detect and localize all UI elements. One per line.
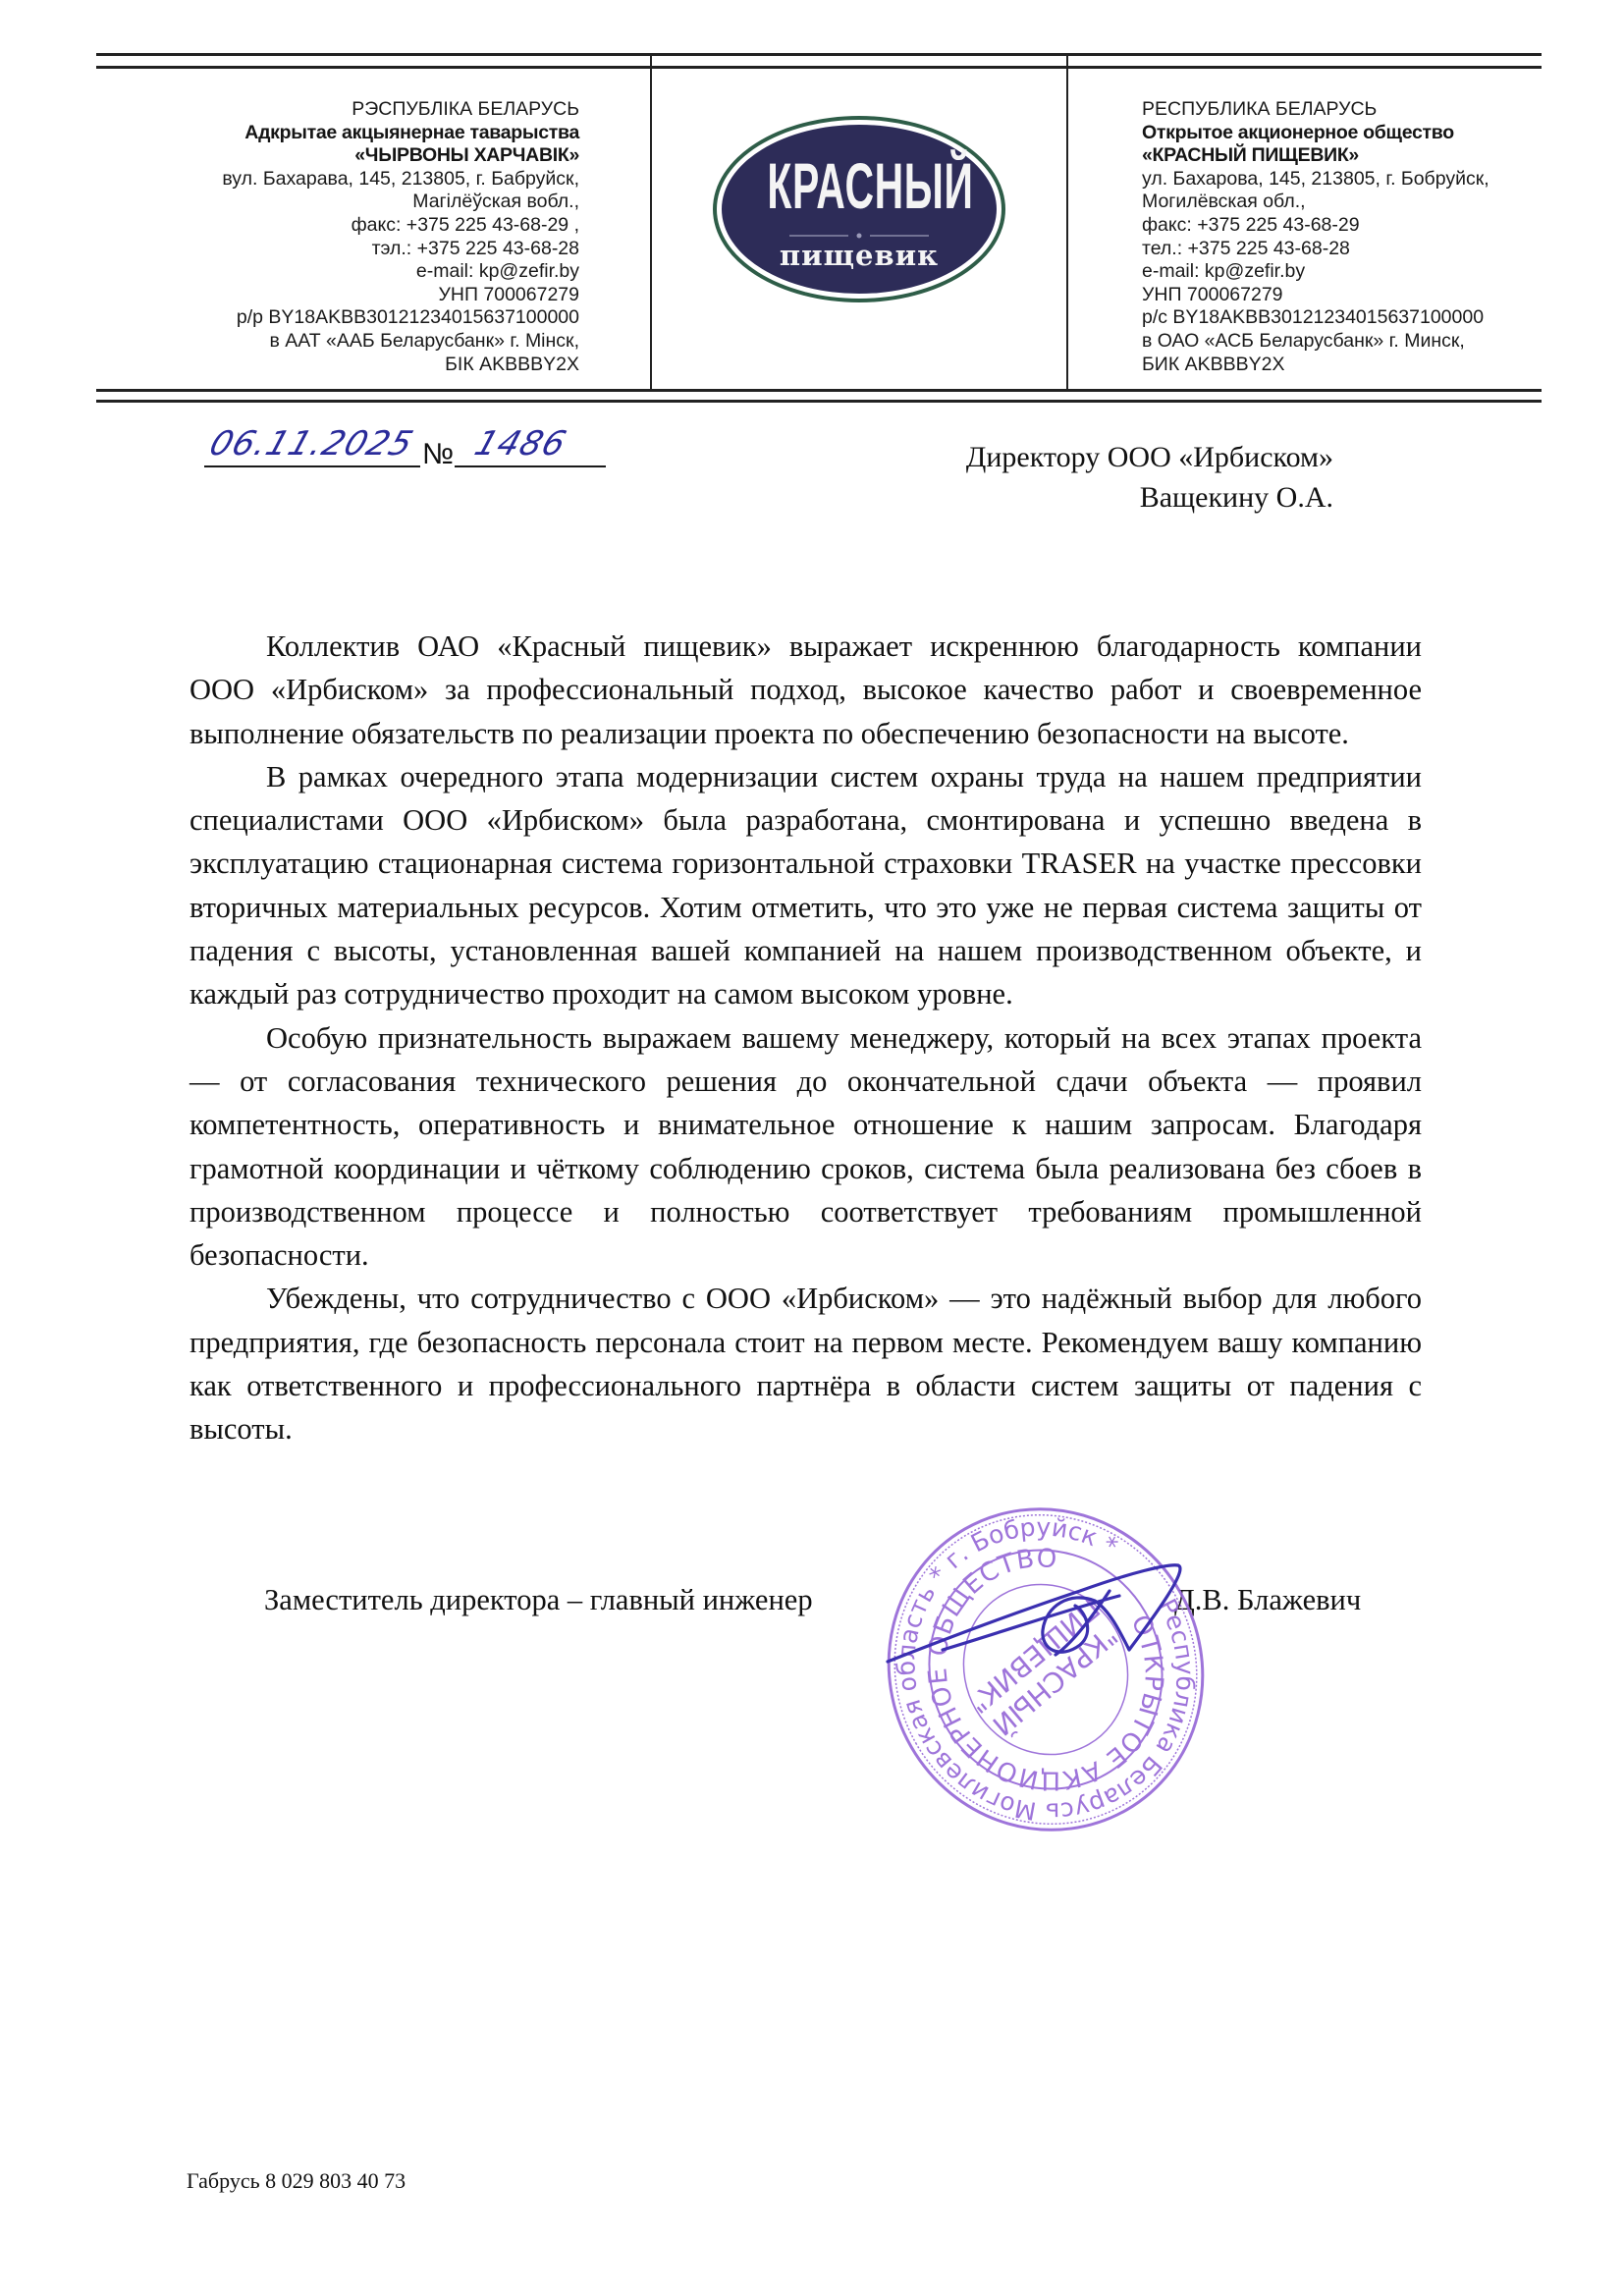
fax-by: факс: +375 225 43-68-29 ,: [147, 214, 579, 238]
phone-by: тэл.: +375 225 43-68-28: [147, 238, 579, 261]
country-ru: РЕСПУБЛИКА БЕЛАРУСЬ: [1142, 98, 1554, 122]
paragraph-4: Убеждены, что сотрудничество с ООО «Ирби…: [189, 1277, 1422, 1450]
account-ru: р/с BY18AKBB30121234015637100000: [1142, 306, 1554, 330]
signatory-title: Заместитель директора – главный инженер: [264, 1583, 813, 1617]
address-line-1-ru: ул. Бахарова, 145, 213805, г. Бобруйск,: [1142, 168, 1554, 191]
header-bottom-rule-2: [96, 400, 1542, 403]
header-bottom-rule-1: [96, 389, 1542, 392]
letterhead-right: РЕСПУБЛИКА БЕЛАРУСЬ Открытое акционерное…: [1142, 98, 1554, 376]
paragraph-3: Особую признательность выражаем вашему м…: [189, 1016, 1422, 1278]
addressee-position: Директору ООО «Ирбиском»: [966, 437, 1333, 477]
account-by: р/р BY18AKBB30121234015637100000: [147, 306, 579, 330]
bic-by: БІК AKBBBY2X: [147, 354, 579, 377]
header-divider-left: [650, 54, 652, 391]
header-divider-right: [1066, 54, 1068, 391]
header-top-rule-1: [96, 53, 1542, 56]
unp-by: УНП 700067279: [147, 284, 579, 307]
handwritten-date: 06.11.2025: [205, 424, 419, 464]
logo-subtitle: пищевик: [711, 240, 1007, 271]
paragraph-2: В рамках очередного этапа модернизации с…: [189, 755, 1422, 1016]
bic-ru: БИК AKBBBY2X: [1142, 354, 1554, 377]
email-ru: e-mail: kp@zefir.by: [1142, 260, 1554, 284]
phone-ru: тел.: +375 225 43-68-28: [1142, 238, 1554, 261]
org-name-by: «ЧЫРВОНЫ ХАРЧАВІК»: [147, 144, 579, 168]
address-line-2-by: Магілёўская вобл.,: [147, 191, 579, 214]
number-sign: №: [422, 438, 454, 471]
fax-ru: факс: +375 225 43-68-29: [1142, 214, 1554, 238]
letterhead-left: РЭСПУБЛІКА БЕЛАРУСЬ Адкрытае акцыянернае…: [147, 98, 579, 376]
addressee-block: Директору ООО «Ирбиском» Ващекину О.А.: [966, 437, 1333, 518]
bank-by: в ААТ «ААБ Беларусбанк» г. Мінск,: [147, 330, 579, 354]
header-top-rule-2: [96, 66, 1542, 69]
number-underline: [455, 465, 606, 467]
logo-title: КРАСНЫЙ: [767, 151, 950, 220]
addressee-name: Ващекину О.А.: [966, 477, 1333, 518]
org-type-ru: Открытое акционерное общество: [1142, 122, 1554, 145]
paragraph-1: Коллектив ОАО «Красный пищевик» выражает…: [189, 625, 1422, 755]
footer-contact: Габрусь 8 029 803 40 73: [187, 2168, 406, 2194]
signature-scribble-icon: [884, 1552, 1208, 1689]
unp-ru: УНП 700067279: [1142, 284, 1554, 307]
company-logo: КРАСНЫЙ пищевик: [711, 114, 1007, 304]
email-by: e-mail: kp@zefir.by: [147, 260, 579, 284]
address-line-2-ru: Могилёвская обл.,: [1142, 191, 1554, 214]
date-underline: [204, 465, 420, 467]
handwritten-number: 1486: [470, 424, 572, 464]
letter-body: Коллектив ОАО «Красный пищевик» выражает…: [189, 625, 1422, 1451]
country-by: РЭСПУБЛІКА БЕЛАРУСЬ: [147, 98, 579, 122]
org-type-by: Адкрытае акцыянернае таварыства: [147, 122, 579, 145]
bank-ru: в ОАО «АСБ Беларусбанк» г. Минск,: [1142, 330, 1554, 354]
org-name-ru: «КРАСНЫЙ ПИЩЕВИК»: [1142, 144, 1554, 168]
handwritten-signature: [884, 1552, 1208, 1689]
address-line-1-by: вул. Бахарава, 145, 213805, г. Бабруйск,: [147, 168, 579, 191]
